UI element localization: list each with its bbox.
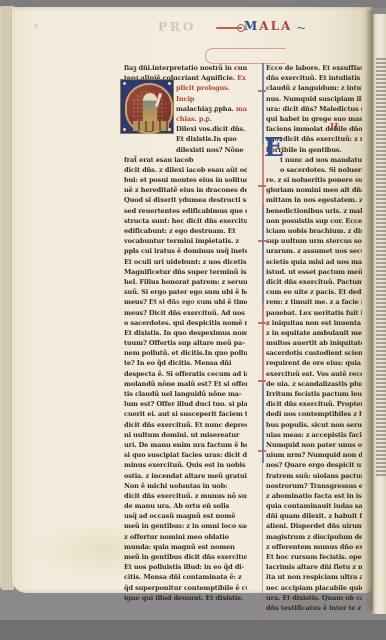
- line-text: meũ in gentibus: z in omni loco sacrific…: [124, 522, 247, 530]
- text-line: uri. De manu enim ura factum ẽ hoc.: [124, 440, 247, 450]
- text-line: urarum. z assumet uos secum. Et: [266, 246, 362, 256]
- header-letter: A: [281, 19, 292, 33]
- text-line: Magnificetur dñs super terminũ isra-: [124, 267, 247, 277]
- text-line: igne qui illud deuorat. Et dixistis.: [124, 593, 247, 603]
- text-line: fratrem suũ: uiolans pactum patrum: [266, 471, 362, 481]
- text-line: dicit dñs exercituũ. Pactum meũ fuit: [266, 277, 362, 287]
- text-line: fiaꝫ dñi.interpretatio nostrã in cuncte …: [124, 63, 247, 73]
- penwork-tick: [258, 185, 266, 187]
- text-line: iciam uobis brachium. z dispergam: [266, 226, 362, 236]
- text-line: Ecce de labore. Et exsufflastis illud di…: [266, 63, 362, 73]
- text-line: de uia. z scandalizastis plurimos in leg…: [266, 379, 362, 389]
- facing-page-text: [376, 58, 386, 478]
- background-bottom: [0, 620, 386, 640]
- text-line: alieni. Disperdet dñs uirum qui fecerit …: [266, 521, 362, 531]
- text-line: frat̃ erat esau iacob: [124, 155, 247, 165]
- text-line: z abominatio facta est in isrl z in ierl…: [266, 491, 362, 501]
- text-line: dedi uos contemptibiles z humiles omni-: [266, 409, 362, 419]
- line-text: dilexisti nos? Nõne: [176, 146, 243, 154]
- rubric-text: malac: [236, 105, 247, 113]
- text-line: multos auertit ab iniquitate. Labia enim: [266, 338, 362, 348]
- text-line: sed reuertentes edificabimus que de-: [124, 206, 247, 216]
- line-text: q̃d superponitur contemptibile ẽ cũ: [124, 584, 247, 592]
- text-line: nos? Quare ergo despicit unusquisq̃: [266, 460, 362, 470]
- line-text: edificabunt: z ego destruam. Et: [124, 227, 236, 235]
- line-text: ppls cui iratus ẽ dominus usq̃ ineternũ.: [124, 247, 247, 255]
- line-text: nẽ z hereditatẽ eius in dracones deserti…: [124, 186, 247, 194]
- line-text: structa sunt: hec dicit dñs exercituũ.Is…: [124, 217, 247, 225]
- line-text: nem pollutũ. et dicitis.In quo polluimus: [124, 349, 247, 357]
- text-line: non posuistis sup cor. Ecce ego pro-: [266, 216, 362, 226]
- text-line: hel. Filius honorat patrem: z seruus dñm: [124, 277, 247, 287]
- gutter-shadow: [365, 10, 373, 610]
- text-line: lum est? Offer illud duci tuo. si pla-: [124, 399, 247, 409]
- header-letter: A: [259, 19, 270, 33]
- line-text: minus exercituũ. Quis est in uobis qui c…: [124, 461, 247, 469]
- text-line: tuum? Offertis sup altare meũ pa-: [124, 338, 247, 348]
- text-line: usq̃ ad occasũ magnũ est nomẽ: [124, 511, 247, 521]
- text-line: nostrorum? Transgressus est iudas:: [266, 481, 362, 491]
- line-text: molandũ nõne malũ est? Et si offera-: [124, 380, 247, 388]
- text-line: o sacerdotes. Si nolueritis audi-: [266, 165, 362, 175]
- text-line: dñs exercituũ. Et intulistis de rapinis: [266, 73, 362, 83]
- text-line: meũ in gentibus dicit dñs exercituũ.: [124, 552, 247, 562]
- text-line: requirent de ore eius: quia angelus dñi: [266, 358, 362, 368]
- text-line: Et dixistis. In quo despeximus nomẽ: [124, 328, 247, 338]
- line-text: o sacerdotes. qui despicitis nomẽ meũ.: [124, 319, 247, 327]
- text-line: nem pollutũ. et dicitis.In quo polluimus: [124, 348, 247, 358]
- show-through-text: PRO: [158, 20, 196, 34]
- line-text: Et dixistis. In quo despeximus nomẽ: [124, 329, 247, 337]
- line-text: dicit dñs exercituũ. Et nunc deprecami-: [124, 421, 247, 429]
- text-line: ostia. z incendat altare meũ gratuito?: [124, 471, 247, 481]
- line-text: despecta ẽ. Si offeratis cecum ad im-: [124, 370, 247, 378]
- text-line: nẽ z hereditatẽ eius in dracones deserti…: [124, 185, 247, 195]
- text-line: Non ẽ michi uoluntas in uob:: [124, 481, 247, 491]
- text-line: te? In eo q̃d dicitis. Mensa dñi: [124, 358, 247, 368]
- text-line: ura. Et dixistis. Quam ob causam? Quia: [266, 593, 362, 603]
- text-line: ppls cui iratus ẽ dominus usq̃ ineternũ.: [124, 246, 247, 256]
- running-header-title: MALA: [244, 19, 292, 33]
- text-line: munda: quia magnũ est nomen: [124, 542, 247, 552]
- left-text-column: fiaꝫ dñi.interpretatio nostrã in cuncte …: [124, 63, 247, 603]
- architecture-icon: [133, 121, 169, 131]
- text-line: sup uultum urm stercus sollempnitatum: [266, 236, 362, 246]
- text-line: Numquid non pater unus om-: [266, 440, 362, 450]
- text-line: gloriam nomini meo ait dñs exercituũ.: [266, 185, 362, 195]
- text-line: Et oculi uri uidebunt: z uos dicetis.: [124, 257, 247, 267]
- line-text: tuum? Offertis sup altare meũ pa-: [124, 339, 245, 347]
- text-line: Et hoc rursum fecistis. operiebatis: [266, 552, 362, 562]
- rubric-text: chias. p.ꝑ.: [176, 115, 212, 123]
- text-line: q̃d superponitur contemptibile ẽ cũ: [124, 583, 247, 593]
- line-text: Et oculi uri uidebunt: z uos dicetis.: [124, 258, 247, 266]
- text-line: claudũ z languidum: z intulistis mu-: [266, 83, 362, 93]
- line-text: te? In eo q̃d dicitis. Mensa dñi: [124, 359, 231, 367]
- text-line: Quod si dixerit ydumea destructi sumus:: [124, 195, 247, 205]
- line-text: lum est? Offer illud duci tuo. si pla-: [124, 400, 247, 408]
- watermark: heritage: [150, 298, 205, 313]
- initial-letter-bowl: [125, 83, 173, 134]
- line-text: hel. Filius honorat patrem: z seruus dñm: [124, 278, 247, 286]
- text-line: de manu ura. Ab ortu eñ solis: [124, 501, 247, 511]
- corner-dot-icon: [168, 128, 171, 131]
- text-line: magistrum z discipulum de tabernaculis i…: [266, 532, 362, 542]
- text-line: si quo suscipiat facies uras: dicit do-: [124, 450, 247, 460]
- line-text: munda: quia magnũ est nomen: [124, 543, 235, 551]
- text-line: ni uultum domini. ut misereatur: [124, 430, 247, 440]
- line-text: cuerit ei. aut si susceperit faciem tuã:: [124, 410, 247, 418]
- text-line: scietis quia misi ad uos mandatum: [266, 257, 362, 267]
- text-line: o sacerdotes. qui despicitis nomẽ meũ.: [124, 318, 247, 328]
- text-line: suũ. Si ergo pater ego sum ubi ẽ hono: [124, 287, 247, 297]
- text-line: structa sunt: hec dicit dñs exercituũ.Is…: [124, 216, 247, 226]
- line-text: frat̃ erat esau iacob: [124, 156, 193, 164]
- text-line: mittam in uos egestatem. z maledicam: [266, 195, 362, 205]
- text-line: dicit dñs exercituũ. z munus nõ suscipiã: [124, 491, 247, 501]
- text-line: dñi quam dilexit. z habuit filiam dei: [266, 511, 362, 521]
- line-text: malachiaꝫ ꝓpha.: [176, 105, 234, 113]
- line-text: igne qui illud deuorat. Et dixistis.: [124, 594, 243, 602]
- text-line: ita ut non respiciam ultra ad sacrificiu…: [266, 572, 362, 582]
- text-line: despecta ẽ. Si offeratis cecum ad im-: [124, 369, 247, 379]
- line-text: meũ in gentibus dicit dñs exercituũ.: [124, 553, 247, 561]
- line-text: tis claudũ uel languidũ nõne ma-: [124, 390, 241, 398]
- text-line: dicit dñs exercituũ. Propter quod z ego: [266, 399, 362, 409]
- rubric-text: plicit prologus.: [176, 84, 230, 92]
- text-line: bus populis. sicut non seruastis: [266, 420, 362, 430]
- chapter-number: II: [330, 123, 338, 133]
- line-text: sed reuertentes edificabimus que de-: [124, 207, 247, 215]
- penwork-tick: [258, 380, 266, 382]
- text-line: nus. Numquid suscipiam illud de manu: [266, 94, 362, 104]
- text-line: edificabunt: z ego destruam. Et: [124, 226, 247, 236]
- line-text: vocabuntur termini impietatis. z: [124, 237, 239, 245]
- line-text: Dilexi vos.dicit dñs.: [176, 125, 245, 133]
- text-line: pauebat. Lex ueritatis fuit in ore eius:: [266, 308, 362, 318]
- text-line: z offerentem munus dño exercituũ.: [266, 542, 362, 552]
- line-text: usq̃ ad occasũ magnũ est nomẽ: [124, 512, 235, 520]
- rubric-text: Incip: [176, 95, 194, 103]
- line-text: uri. De manu enim ura factum ẽ hoc.: [124, 441, 247, 449]
- penwork-tick: [258, 450, 266, 452]
- text-line: Et uos polluistis illud: in eo q̃d di-: [124, 562, 247, 572]
- text-line: vocabuntur termini impietatis. z: [124, 236, 247, 246]
- text-line: nec accipiam placabile quid de manu: [266, 583, 362, 593]
- text-line: nium nrm? Numquid non deus unus creauit: [266, 450, 362, 460]
- text-line: exercituũ est. Vos autẽ recessistis: [266, 369, 362, 379]
- line-text: ostia. z incendat altare meũ gratuito?: [124, 472, 247, 480]
- text-line: minus exercituũ. Quis est in uobis qui c…: [124, 460, 247, 470]
- corner-dot-icon: [123, 128, 126, 131]
- text-line: tis claudũ uel languidũ nõne ma-: [124, 389, 247, 399]
- text-line: Irritum fecistis pactum leui:: [266, 389, 362, 399]
- flourish-left-icon: [216, 27, 242, 29]
- text-line: molandũ nõne malũ est? Et si offera-: [124, 379, 247, 389]
- line-text: Et dixistis.In quo: [176, 135, 236, 143]
- text-line: dñs testificatus ẽ inter te z uxorẽ pu-: [266, 603, 362, 613]
- penwork-tick: [258, 90, 266, 92]
- text-line: cuerit ei. aut si susceperit faciem tuã:: [124, 409, 247, 419]
- text-line: bui: et posui montes eius in solitudi-: [124, 175, 247, 185]
- text-line: re. z si nolueritis ponere sup cor ut de…: [266, 175, 362, 185]
- line-text: Quod si dixerit ydumea destructi sumus:: [124, 196, 247, 204]
- text-line: quia contaminauit iudas sanctificationẽ: [266, 501, 362, 511]
- text-line: benedictionibus uris. z maledicam illis:: [266, 206, 362, 216]
- penwork-tick: [258, 240, 266, 242]
- text-line: qui habet in grege suo masculũ: z uotũ: [266, 114, 362, 124]
- text-line: cum eo uite z pacis. Et dedi ei timo-: [266, 287, 362, 297]
- line-text: Non ẽ michi uoluntas in uob:: [124, 482, 227, 490]
- penwork-tick: [258, 322, 266, 324]
- rubric-text: Ex: [237, 74, 246, 82]
- text-line: dilexisti nos? Nõne: [124, 145, 247, 155]
- text-line: sacerdotis custodient scientiam: z legem: [266, 348, 362, 358]
- line-text: suũ. Si ergo pater ego sum ubi ẽ hono: [124, 288, 247, 296]
- line-text: Magnificetur dñs super terminũ isra-: [124, 268, 247, 276]
- text-line: istud. ut esset pactum meũ cum leui:: [266, 267, 362, 277]
- line-text: dicit dñs exercituũ. z munus nõ suscipiã: [124, 492, 247, 500]
- text-line: z iniquitas non est inuenta in labiis ei…: [266, 318, 362, 328]
- text-line: meũ in gentibus: z in omni loco sacrific…: [124, 521, 247, 531]
- line-text: citis. Mensa dñi contaminata ẽ: z: [124, 573, 242, 581]
- line-text: bui: et posui montes eius in solitudi-: [124, 176, 247, 184]
- text-line: Et dixistis.In quo: [124, 134, 247, 144]
- text-line: uias meas: z accepistis faciem in lege.: [266, 430, 362, 440]
- penwork-margin-bar: [262, 63, 264, 463]
- flourish-right-icon: ~: [296, 21, 306, 35]
- historiated-initial: [120, 79, 174, 134]
- blue-initial-e: E: [264, 135, 284, 161]
- running-header: PRO MALA ~: [150, 18, 330, 38]
- line-text: ni uultum domini. ut misereatur: [124, 431, 239, 439]
- text-line: ura: dicit dñs? Maledictus dolosus: [266, 104, 362, 114]
- text-line: lacrimis altare dñi fletu z mugitu:: [266, 562, 362, 572]
- corner-dot-icon: [123, 82, 126, 85]
- text-line: z offertur nomini meo oblatio: [124, 532, 247, 542]
- line-text: de manu ura. Ab ortu eñ solis: [124, 502, 229, 510]
- corner-dot-icon: [168, 82, 171, 85]
- line-text: si quo suscipiat facies uras: dicit do-: [124, 451, 247, 459]
- line-text: z offertur nomini meo oblatio: [124, 533, 229, 541]
- text-line: rem: z timuit me. z a facie nominis mei: [266, 297, 362, 307]
- header-letter: L: [271, 19, 281, 33]
- text-line: z in equitate ambulauit mecũ: z: [266, 328, 362, 338]
- text-line: dicit dñs. z dilexi iacob esau aũt odio …: [124, 165, 247, 175]
- line-text: Et uos polluistis illud: in eo q̃d di-: [124, 563, 244, 571]
- header-letter: M: [244, 19, 259, 33]
- line-text: dicit dñs. z dilexi iacob esau aũt odio …: [124, 166, 247, 174]
- penwork-flourish-top: [205, 48, 286, 64]
- text-line: dicit dñs exercituũ. Et nunc deprecami-: [124, 420, 247, 430]
- text-line: citis. Mensa dñi contaminata ẽ: z: [124, 572, 247, 582]
- margin-mark: x: [34, 22, 38, 30]
- line-text: fiaꝫ dñi.interpretatio nostrã in cuncte …: [124, 64, 247, 72]
